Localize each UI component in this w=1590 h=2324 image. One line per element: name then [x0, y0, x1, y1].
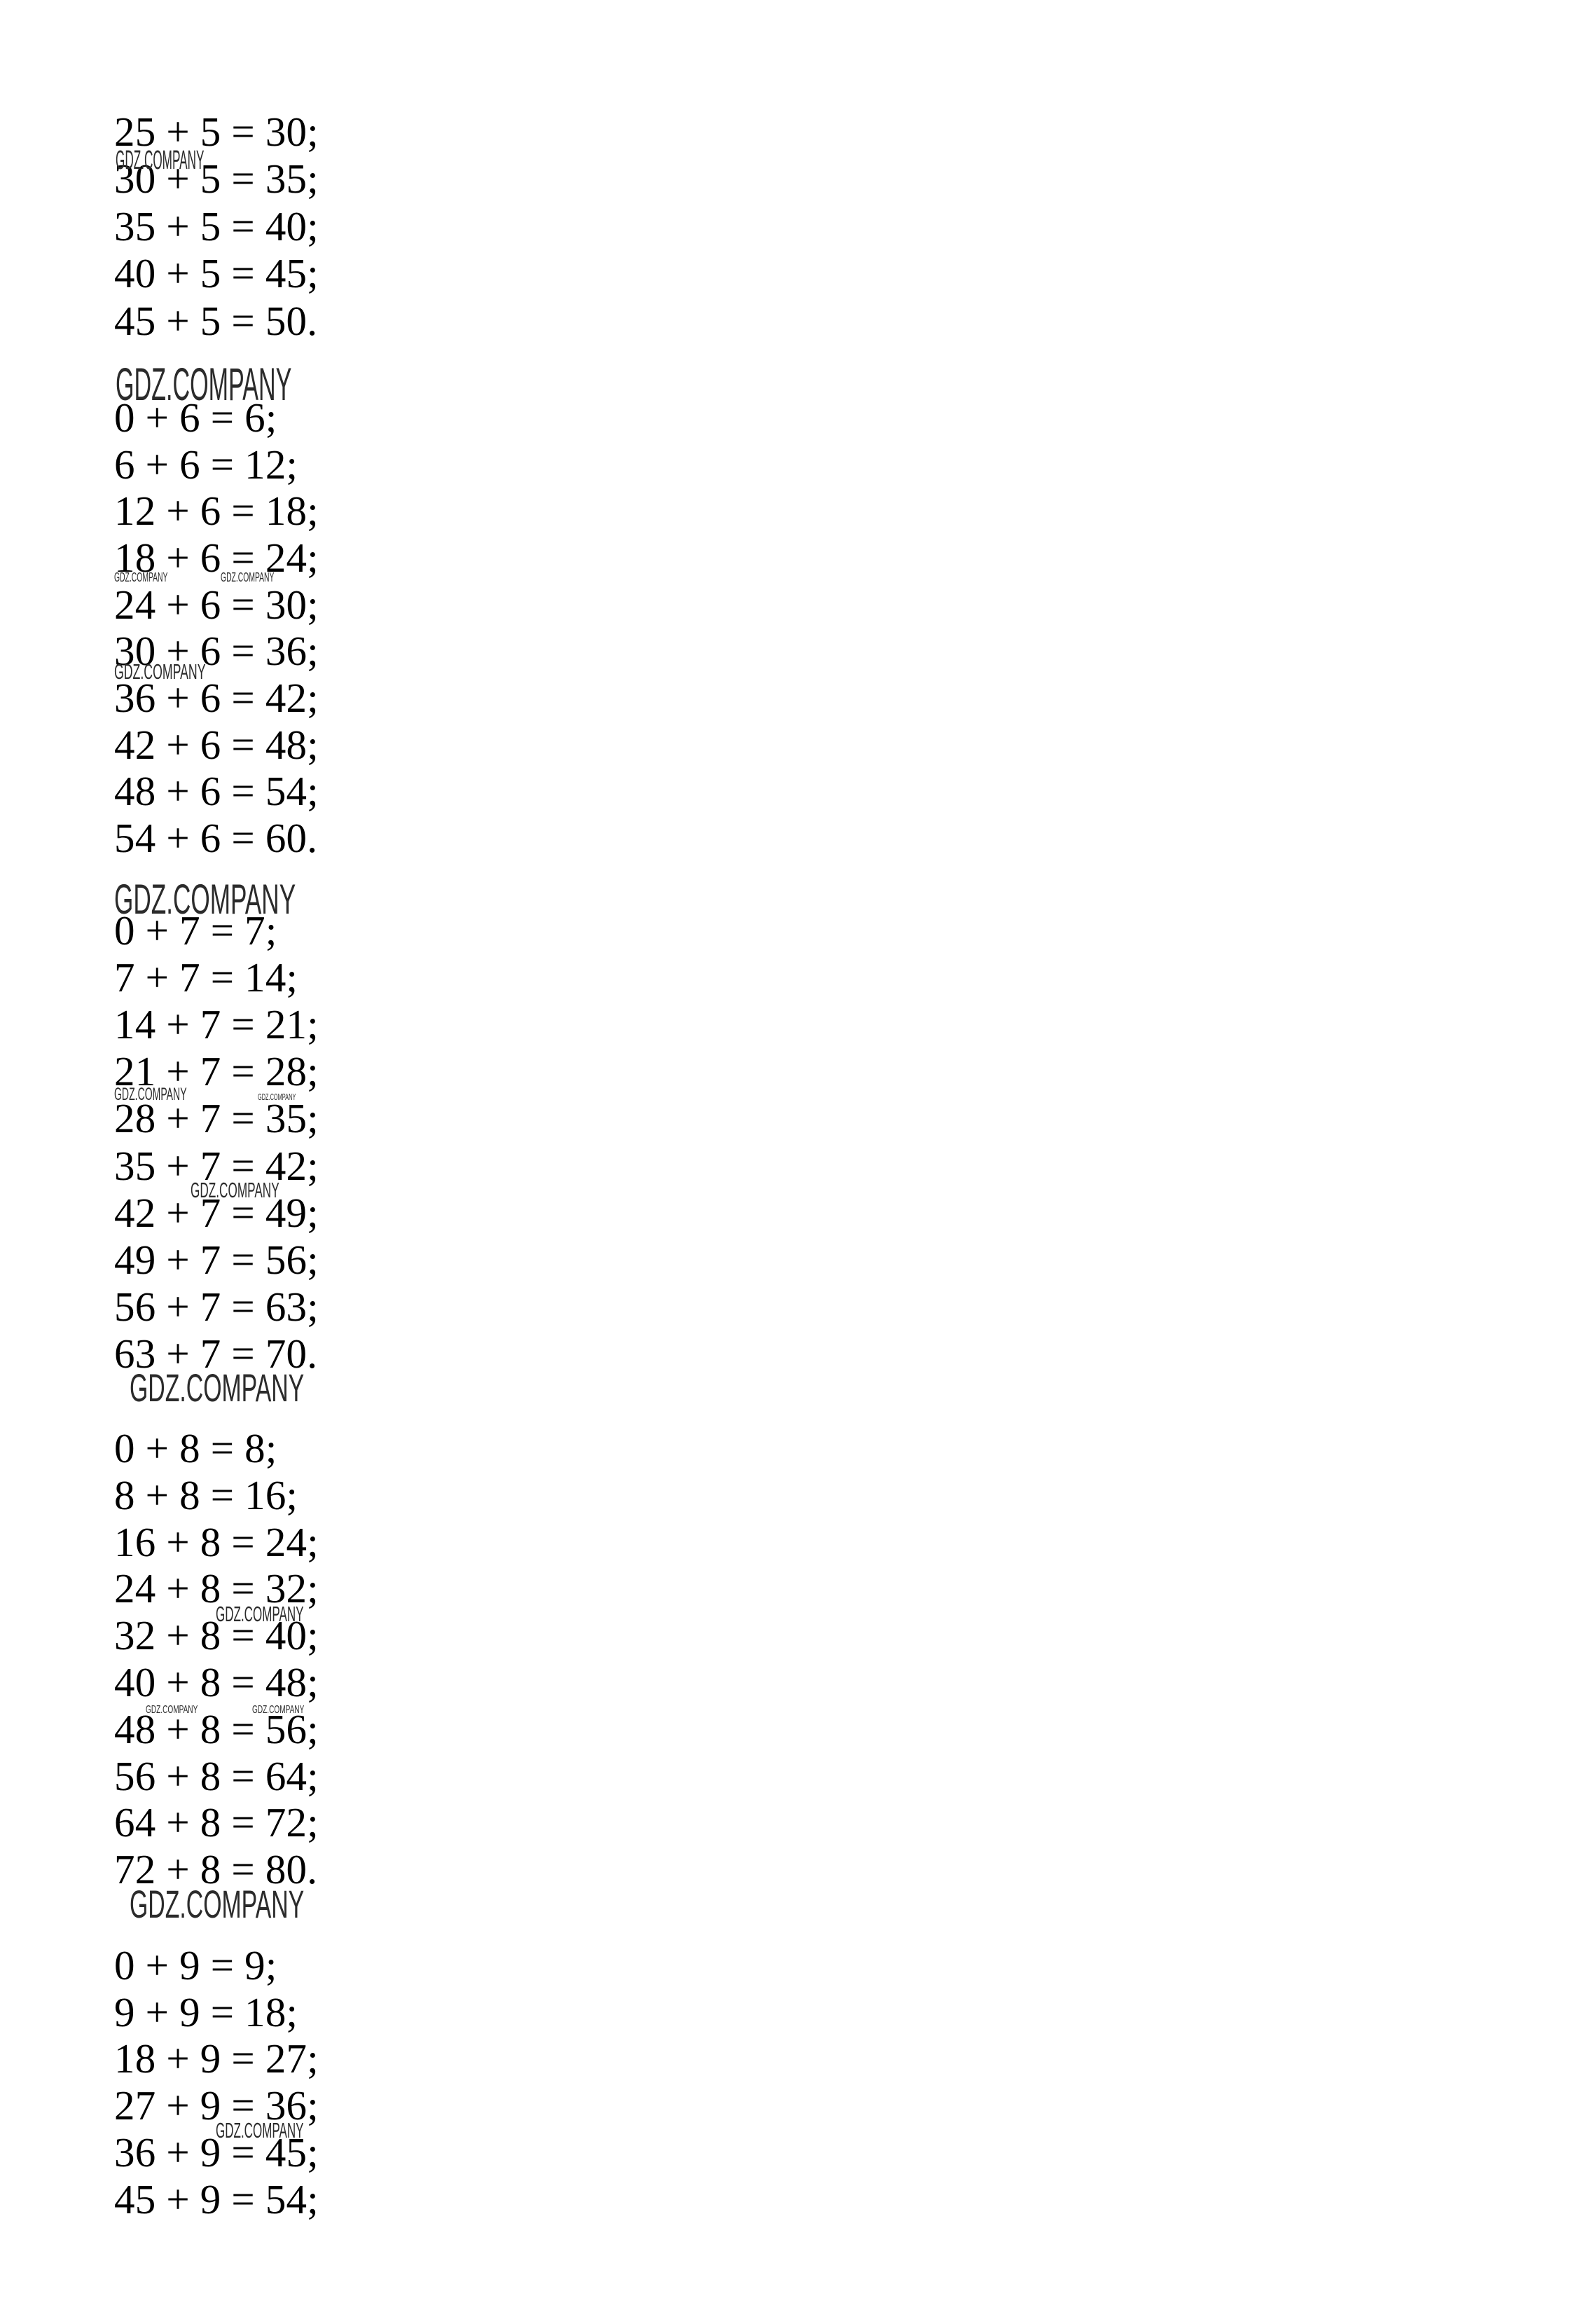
equation-line: 45 + 5 = 50.: [114, 301, 317, 342]
equation-line: 35 + 5 = 40;: [114, 206, 319, 247]
document-page: 25 + 5 = 30; 30 + 5 = 35; 35 + 5 = 40; 4…: [0, 0, 1590, 2324]
equation-line: 64 + 8 = 72;: [114, 1802, 319, 1843]
equation-line: 8 + 8 = 16;: [114, 1475, 298, 1516]
equation-line: 48 + 6 = 54;: [114, 771, 319, 812]
equation-line: 54 + 6 = 60.: [114, 818, 317, 859]
equation-line: 7 + 7 = 14;: [114, 957, 298, 998]
watermark-small: GDZ.COMPANY: [146, 1705, 198, 1715]
watermark-large: GDZ.COMPANY: [116, 362, 291, 408]
watermark: GDZ.COMPANY: [116, 147, 204, 174]
equation-line: 40 + 8 = 48;: [114, 1662, 319, 1703]
equation-line: 12 + 6 = 18;: [114, 490, 319, 532]
equation-line: 6 + 6 = 12;: [114, 444, 298, 486]
watermark: GDZ.COMPANY: [216, 1604, 304, 1625]
equation-line: 42 + 6 = 48;: [114, 724, 319, 766]
equation-line: 0 + 8 = 8;: [114, 1428, 277, 1469]
watermark: GDZ.COMPANY: [114, 661, 206, 683]
equation-line: 9 + 9 = 18;: [114, 1992, 298, 2033]
equation-line: 0 + 9 = 9;: [114, 1945, 277, 1986]
equation-line: 45 + 9 = 54;: [114, 2179, 319, 2220]
equation-line: 16 + 8 = 24;: [114, 1522, 319, 1563]
equation-line: 49 + 7 = 56;: [114, 1239, 319, 1281]
equation-line: 56 + 7 = 63;: [114, 1286, 319, 1328]
watermark-small: GDZ.COMPANY: [252, 1705, 304, 1715]
watermark-large: GDZ.COMPANY: [130, 1885, 304, 1924]
equation-line: 24 + 6 = 30;: [114, 584, 319, 626]
watermark-small: GDZ.COMPANY: [258, 1093, 296, 1102]
watermark: GDZ.COMPANY: [114, 1086, 187, 1103]
equation-line: 56 + 8 = 64;: [114, 1756, 319, 1797]
equation-line: 40 + 5 = 45;: [114, 253, 319, 294]
watermark: GDZ.COMPANY: [216, 2120, 304, 2142]
watermark-large: GDZ.COMPANY: [114, 879, 296, 921]
equation-line: 18 + 9 = 27;: [114, 2038, 319, 2079]
watermark-large: GDZ.COMPANY: [130, 1368, 304, 1408]
equation-line: 14 + 7 = 21;: [114, 1004, 319, 1045]
watermark-small: GDZ.COMPANY: [114, 571, 167, 584]
watermark-small: GDZ.COMPANY: [221, 571, 274, 584]
watermark: GDZ.COMPANY: [191, 1180, 279, 1202]
